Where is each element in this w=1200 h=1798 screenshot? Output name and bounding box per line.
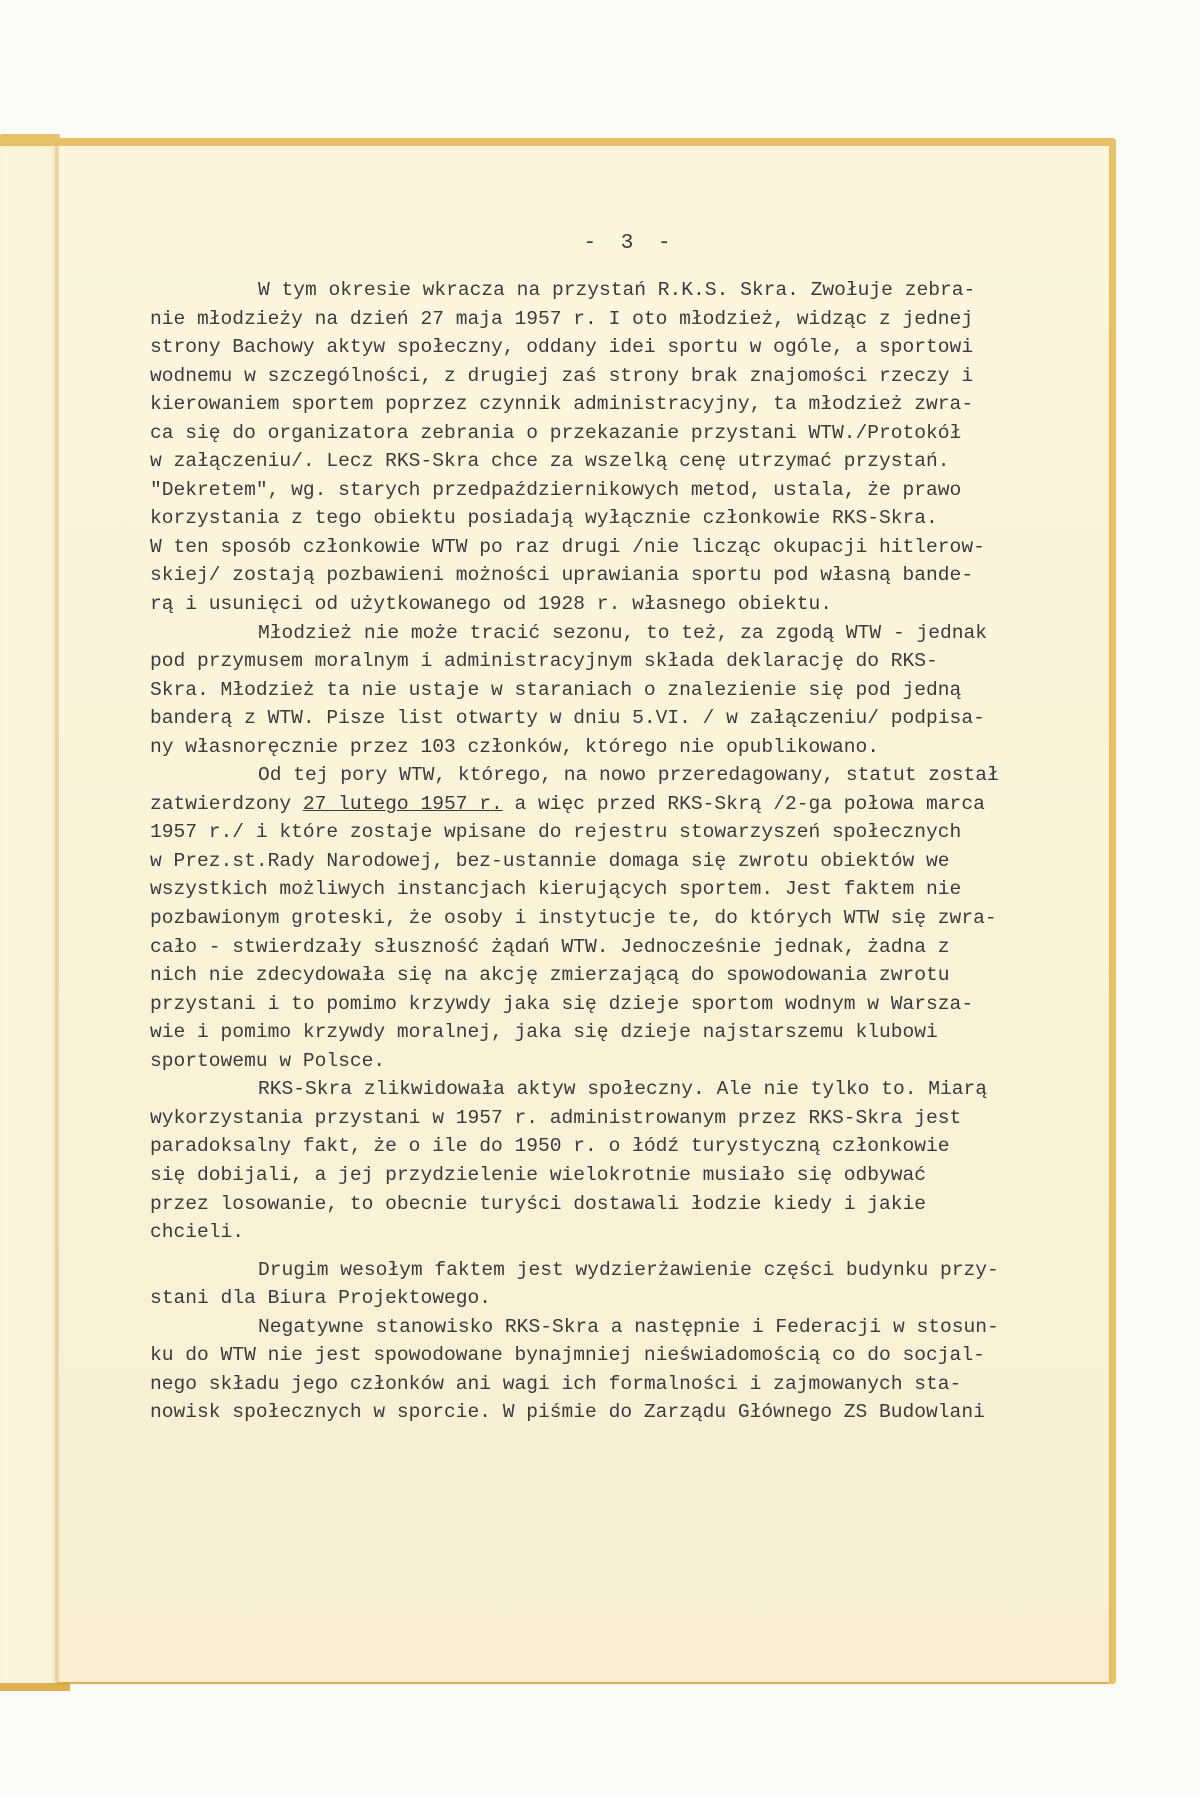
text-line: wykorzystania przystani w 1957 r. admini… xyxy=(150,1104,1110,1133)
text-line: ny własnoręcznie przez 103 członków, któ… xyxy=(150,733,1110,762)
text-line: wie i pomimo krzywdy moralnej, jaka się … xyxy=(150,1018,1110,1047)
text-line: pod przymusem moralnym i administracyjny… xyxy=(150,647,1110,676)
text-line: paradoksalny fakt, że o ile do 1950 r. o… xyxy=(150,1132,1110,1161)
text-line: korzystania z tego obiektu posiadają wył… xyxy=(150,504,1110,533)
text-line: banderą z WTW. Pisze list otwarty w dniu… xyxy=(150,704,1110,733)
text-line: 1957 r./ i które zostaje wpisane do reje… xyxy=(150,818,1110,847)
text-line: ku do WTW nie jest spowodowane bynajmnie… xyxy=(150,1341,1110,1370)
text-line: Młodzież nie może tracić sezonu, to też,… xyxy=(150,619,1110,648)
text-line: wszystkich możliwych instancjach kierują… xyxy=(150,875,1110,904)
text-line: strony Bachowy aktyw społeczny, oddany i… xyxy=(150,333,1110,362)
text-segment: zatwierdzony xyxy=(150,793,303,815)
text-line: nego składu jego członków ani wagi ich f… xyxy=(150,1370,1110,1399)
page-number: - 3 - xyxy=(60,232,1200,255)
text-line: skiej/ zostają pozbawieni możności upraw… xyxy=(150,561,1110,590)
text-line: RKS-Skra zlikwidowała aktyw społeczny. A… xyxy=(150,1075,1110,1104)
text-line: nie młodzieży na dzień 27 maja 1957 r. I… xyxy=(150,305,1110,334)
text-line: nowisk społecznych w sporcie. W piśmie d… xyxy=(150,1398,1110,1427)
text-line: przystani i to pomimo krzywdy jaka się d… xyxy=(150,990,1110,1019)
typed-text-body: W tym okresie wkracza na przystań R.K.S.… xyxy=(150,276,1110,1427)
text-line: ca się do organizatora zebrania o przeka… xyxy=(150,419,1110,448)
text-segment: a więc przed RKS-Skrą /2-ga połowa marca xyxy=(503,793,985,815)
text-line: Drugim wesołym faktem jest wydzierżawien… xyxy=(150,1256,1110,1285)
text-line: kierowaniem sportem poprzez czynnik admi… xyxy=(150,390,1110,419)
text-line: zatwierdzony 27 lutego 1957 r. a więc pr… xyxy=(150,790,1110,819)
text-line: W ten sposób członkowie WTW po raz drugi… xyxy=(150,533,1110,562)
text-line: Skra. Młodzież ta nie ustaje w staraniac… xyxy=(150,676,1110,705)
text-line: Od tej pory WTW, którego, na nowo przere… xyxy=(150,761,1110,790)
text-line: cało - stwierdzały słuszność żądań WTW. … xyxy=(150,933,1110,962)
text-line: chcieli. xyxy=(150,1218,1110,1247)
text-line: Negatywne stanowisko RKS-Skra a następni… xyxy=(150,1313,1110,1342)
text-line: się dobijali, a jej przydzielenie wielok… xyxy=(150,1161,1110,1190)
text-line: wodnemu w szczególności, z drugiej zaś s… xyxy=(150,362,1110,391)
text-line: pozbawionym groteski, że osoby i instytu… xyxy=(150,904,1110,933)
text-line: przez losowanie, to obecnie turyści dost… xyxy=(150,1190,1110,1219)
left-facing-page xyxy=(0,146,57,1684)
text-line: stani dla Biura Projektowego. xyxy=(150,1284,1110,1313)
text-line: nich nie zdecydowała się na akcję zmierz… xyxy=(150,961,1110,990)
text-line: W tym okresie wkracza na przystań R.K.S.… xyxy=(150,276,1110,305)
left-page-edge xyxy=(0,1683,70,1691)
underlined-date: 27 lutego 1957 r. xyxy=(303,793,503,815)
text-line: w Prez.st.Rady Narodowej, bez-ustannie d… xyxy=(150,847,1110,876)
text-line: "Dekretem", wg. starych przedpaździernik… xyxy=(150,476,1110,505)
text-line: sportowemu w Polsce. xyxy=(150,1047,1110,1076)
text-line: rą i usunięci od użytkowanego od 1928 r.… xyxy=(150,590,1110,619)
text-line: w załączeniu/. Lecz RKS-Skra chce za wsz… xyxy=(150,447,1110,476)
